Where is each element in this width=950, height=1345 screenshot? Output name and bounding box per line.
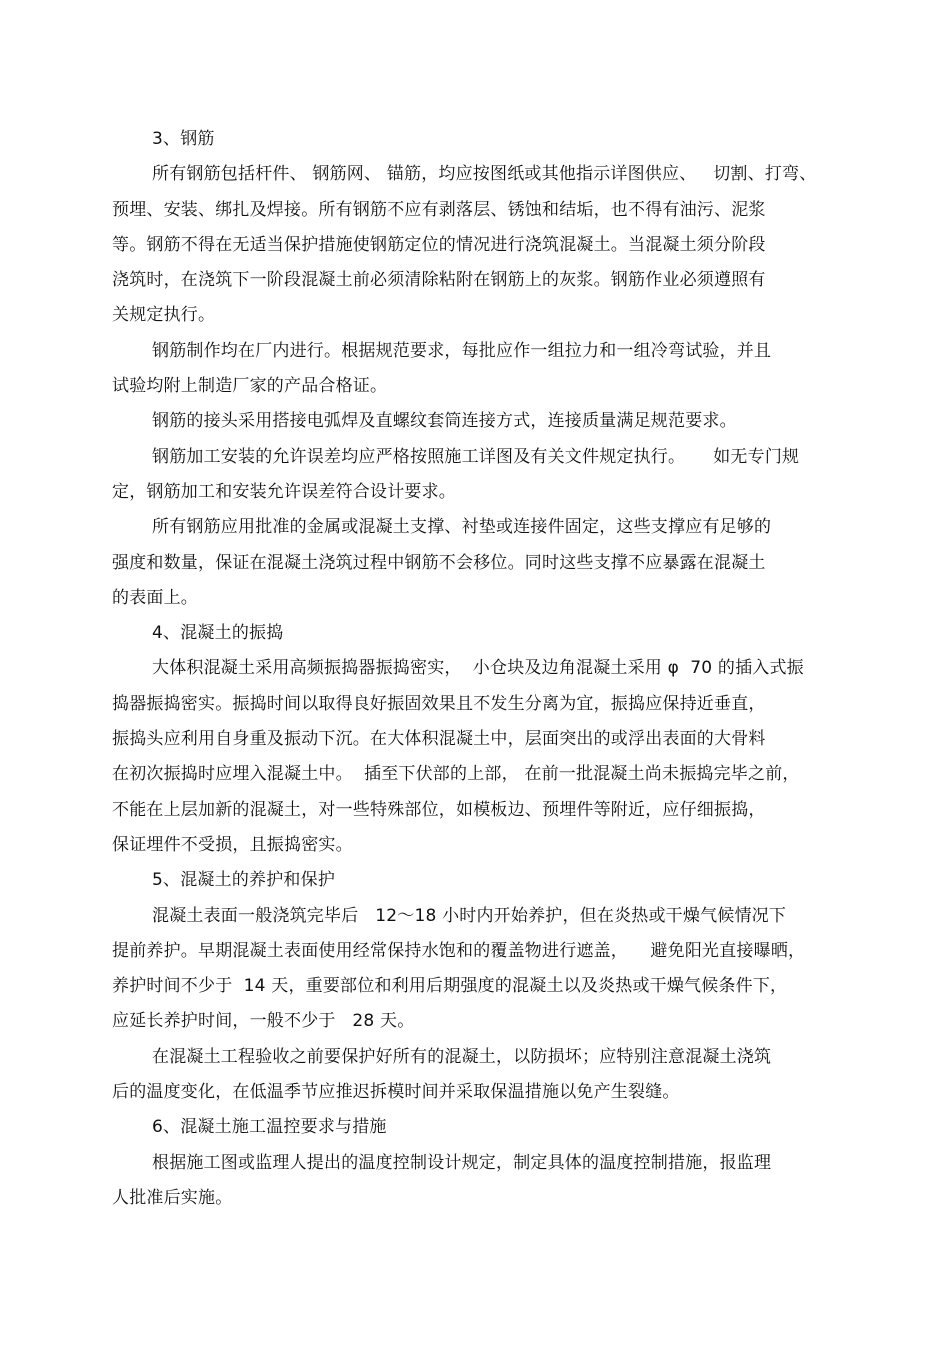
paragraph-line: 应延长养护时间，一般不少于 28 天。 bbox=[112, 1004, 842, 1039]
section-heading-vibration: 4、混凝土的振捣 bbox=[112, 616, 842, 651]
document-page: 3、钢筋 所有钢筋包括杆件、 钢筋网、 锚筋，均应按图纸或其他指示详图供应、 切… bbox=[112, 122, 842, 1216]
paragraph-line: 人批准后实施。 bbox=[112, 1181, 842, 1216]
paragraph-line: 浇筑时，在浇筑下一阶段混凝土前必须清除粘附在钢筋上的灰浆。钢筋作业必须遵照有 bbox=[112, 263, 842, 298]
paragraph-line: 养护时间不少于 14 天，重要部位和利用后期强度的混凝土以及炎热或干燥气候条件下… bbox=[112, 969, 842, 1004]
paragraph-line: 提前养护。早期混凝土表面使用经常保持水饱和的覆盖物进行遮盖， 避免阳光直接曝晒， bbox=[112, 934, 842, 969]
paragraph-line: 保证埋件不受损，且振捣密实。 bbox=[112, 828, 842, 863]
section-heading-rebar: 3、钢筋 bbox=[112, 122, 842, 157]
paragraph-line: 预埋、安装、绑扎及焊接。所有钢筋不应有剥落层、锈蚀和结垢，也不得有油污、泥浆 bbox=[112, 193, 842, 228]
paragraph-line: 捣器振捣密实。振捣时间以取得良好振固效果且不发生分离为宜，振捣应保持近垂直， bbox=[112, 687, 842, 722]
paragraph-line: 试验均附上制造厂家的产品合格证。 bbox=[112, 369, 842, 404]
paragraph-line: 后的温度变化，在低温季节应推迟拆模时间并采取保温措施以免产生裂缝。 bbox=[112, 1075, 842, 1110]
paragraph-line: 关规定执行。 bbox=[112, 298, 842, 333]
paragraph-line: 在初次振捣时应埋入混凝土中。 插至下伏部的上部， 在前一批混凝土尚未振捣完毕之前… bbox=[112, 757, 842, 792]
paragraph-line: 不能在上层加新的混凝土，对一些特殊部位，如模板边、预埋件等附近，应仔细振捣， bbox=[112, 793, 842, 828]
paragraph-line: 定，钢筋加工和安装允许误差符合设计要求。 bbox=[112, 475, 842, 510]
paragraph-line: 等。钢筋不得在无适当保护措施使钢筋定位的情况进行浇筑混凝土。当混凝土须分阶段 bbox=[112, 228, 842, 263]
section-heading-curing: 5、混凝土的养护和保护 bbox=[112, 863, 842, 898]
paragraph-line: 强度和数量，保证在混凝土浇筑过程中钢筋不会移位。同时这些支撑不应暴露在混凝土 bbox=[112, 546, 842, 581]
paragraph-line: 混凝土表面一般浇筑完毕后 12～18 小时内开始养护，但在炎热或干燥气候情况下 bbox=[112, 899, 842, 934]
paragraph-line: 的表面上。 bbox=[112, 581, 842, 616]
paragraph-line: 在混凝土工程验收之前要保护好所有的混凝土，以防损坏；应特别注意混凝土浇筑 bbox=[112, 1040, 842, 1075]
paragraph-line: 所有钢筋包括杆件、 钢筋网、 锚筋，均应按图纸或其他指示详图供应、 切割、打弯、 bbox=[112, 157, 842, 192]
paragraph-line: 根据施工图或监理人提出的温度控制设计规定，制定具体的温度控制措施，报监理 bbox=[112, 1146, 842, 1181]
section-heading-temperature-control: 6、混凝土施工温控要求与措施 bbox=[112, 1110, 842, 1145]
paragraph-line: 大体积混凝土采用高频振捣器振捣密实， 小仓块及边角混凝土采用 φ 70 的插入式… bbox=[112, 651, 842, 686]
paragraph-line: 钢筋制作均在厂内进行。根据规范要求，每批应作一组拉力和一组冷弯试验，并且 bbox=[112, 334, 842, 369]
paragraph-line: 钢筋的接头采用搭接电弧焊及直螺纹套筒连接方式，连接质量满足规范要求。 bbox=[112, 404, 842, 439]
paragraph-line: 振捣头应利用自身重及振动下沉。在大体积混凝土中，层面突出的或浮出表面的大骨料 bbox=[112, 722, 842, 757]
paragraph-line: 所有钢筋应用批准的金属或混凝土支撑、衬垫或连接件固定，这些支撑应有足够的 bbox=[112, 510, 842, 545]
paragraph-line: 钢筋加工安装的允许误差均应严格按照施工详图及有关文件规定执行。 如无专门规 bbox=[112, 440, 842, 475]
